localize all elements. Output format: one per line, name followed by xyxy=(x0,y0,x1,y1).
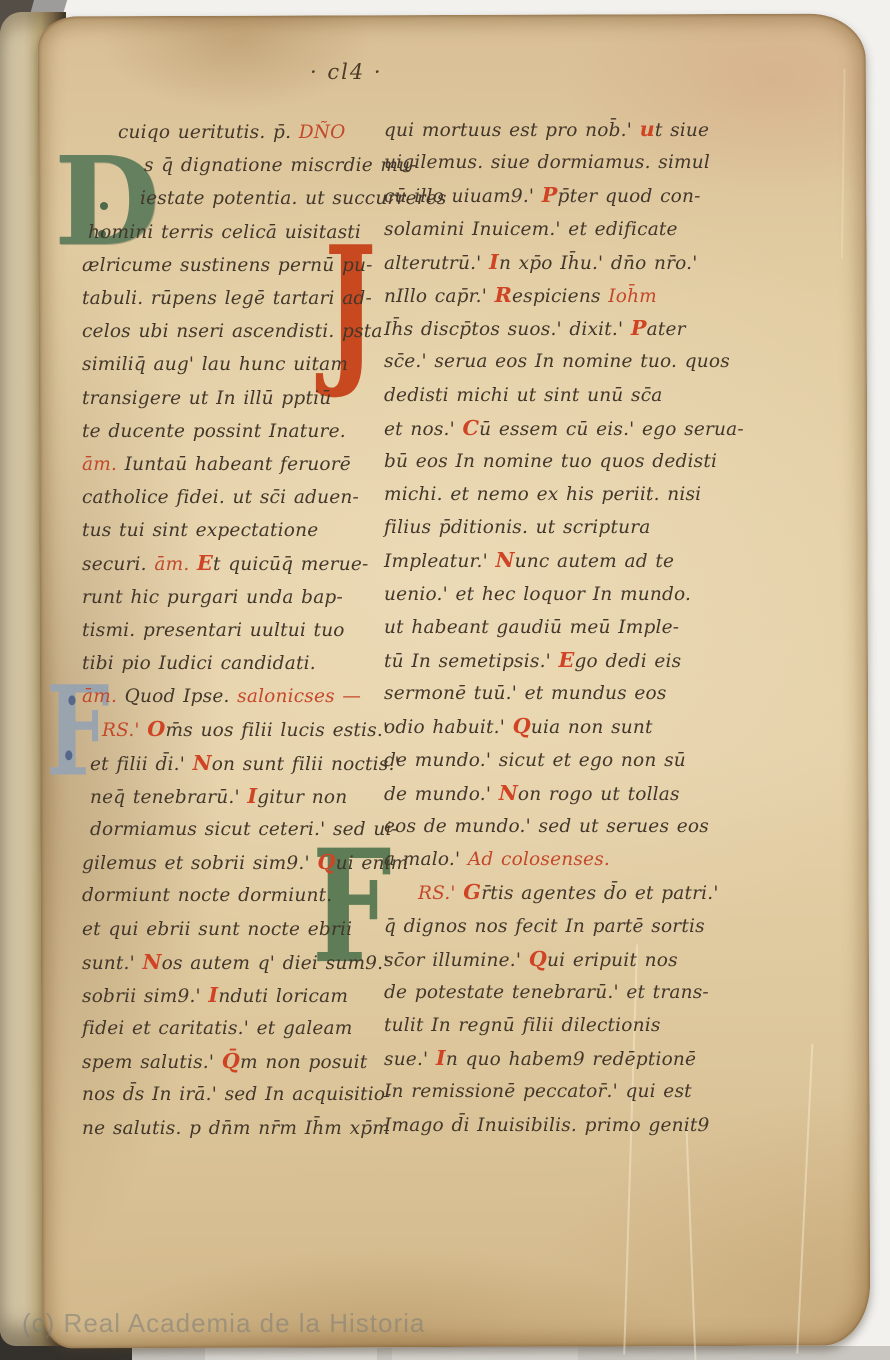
red-initial: P xyxy=(631,316,647,340)
red-initial: N xyxy=(143,950,162,974)
ink-text: eos de mundo.' sed ut serues eos xyxy=(384,816,709,837)
ink-text: tū In semetipsis.' xyxy=(384,651,559,672)
ink-text: In remissionē peccator̄.' qui est xyxy=(384,1081,692,1102)
ink-text: transigere ut In illū pptiū xyxy=(82,388,331,409)
rubric-text: ām. xyxy=(82,686,125,707)
ink-text: uenio.' et hec loquor In mundo. xyxy=(384,584,691,605)
ink-text: de potestate tenebrarū.' et trans- xyxy=(384,982,709,1003)
scanner-bed-mark xyxy=(392,1348,578,1360)
manuscript-line: solamini Inuicem.' et edificate xyxy=(384,213,720,246)
manuscript-line: RS.' Gr̄tis agentes d̄o et patri.' xyxy=(384,876,720,909)
red-initial: R xyxy=(495,283,512,307)
manuscript-line: dormiamus sicut ceteri.' sed ui- xyxy=(82,813,378,846)
scanned-manuscript-photo: { "photo": { "watermark": "(c) Real Acad… xyxy=(0,0,890,1360)
red-initial: P xyxy=(542,183,558,207)
red-initial: Q xyxy=(529,947,547,971)
ink-text: et qui ebrii sunt nocte ebrii xyxy=(82,919,352,940)
ink-text: neq̄ tenebrarū.' xyxy=(90,787,247,808)
ink-text: sc̄or illumine.' xyxy=(384,950,529,971)
manuscript-line: ut habeant gaudiū meū Imple- xyxy=(384,611,720,644)
ink-text: n xp̄o Ih̄u.' dn̄o nr̄o.' xyxy=(499,253,698,274)
ink-text: t quicūq̄ merue- xyxy=(213,554,368,575)
rubric-text: RS.' xyxy=(102,720,147,741)
ink-text: michi. et nemo ex his periit. nisi xyxy=(384,484,701,505)
manuscript-line: filius p̄ditionis. ut scriptura xyxy=(384,511,720,544)
ink-text: Quod Ipse. xyxy=(125,686,238,707)
manuscript-line: nIllo cap̄r.' Respiciens Ioh̄m xyxy=(384,279,720,312)
manuscript-line: te ducente possint Inature. xyxy=(82,415,378,448)
manuscript-line: cū illo uiuam9.' Pp̄ter quod con- xyxy=(384,179,720,212)
ink-text: go dedi eis xyxy=(575,651,682,672)
ink-text: t siue xyxy=(655,120,709,141)
manuscript-line: qui mortuus est pro nob̄.' ut siue xyxy=(384,113,720,146)
manuscript-line: tus tui sint expectatione xyxy=(82,514,378,547)
manuscript-line: ām. Quod Ipse. salonicses — xyxy=(82,680,378,713)
ink-text: tabuli. rūpens legē tartari ad- xyxy=(82,288,372,309)
manuscript-line: tū In semetipsis.' Ego dedi eis xyxy=(384,644,720,677)
ink-text: on sunt filii noctis.' xyxy=(212,754,400,775)
ink-text: fidei et caritatis.' et galeam xyxy=(82,1018,353,1039)
red-initial: N xyxy=(496,548,515,572)
manuscript-line: a malo.' Ad colosenses. xyxy=(384,843,720,876)
manuscript-line: spem salutis.' Q̄m non posuit xyxy=(82,1045,378,1078)
ink-text: p̄ter quod con- xyxy=(558,186,701,207)
ink-text: sobrii sim9.' xyxy=(82,986,208,1007)
red-initial: E xyxy=(559,648,575,672)
ink-text: ælricume sustinens pernū pu- xyxy=(82,255,373,276)
manuscript-line: ne salutis. p dn̄m nr̄m Ih̄m xp̄m xyxy=(82,1112,378,1145)
red-initial: G xyxy=(463,880,481,904)
manuscript-line: runt hic purgari unda bap- xyxy=(82,581,378,614)
manuscript-line: q̄ dignos nos fecit In partē sortis xyxy=(384,910,720,943)
ink-text: m̄s uos filii lucis estis.' xyxy=(166,720,389,741)
ink-text: dedisti michi ut sint unū sc̄a xyxy=(384,385,663,406)
manuscript-line: ælricume sustinens pernū pu- xyxy=(82,249,378,282)
manuscript-line: catholice fidei. ut sc̄i aduen- xyxy=(82,481,378,514)
ink-text: nduti loricam xyxy=(218,986,348,1007)
manuscript-line: de potestate tenebrarū.' et trans- xyxy=(384,976,720,1009)
manuscript-line: tulit In regnū filii dilectionis xyxy=(384,1009,720,1042)
manuscript-line: dormiunt nocte dormiunt. xyxy=(82,879,378,912)
ink-text: ui eripuit nos xyxy=(547,950,678,971)
red-initial: I xyxy=(489,250,499,274)
ink-text: on rogo ut tollas xyxy=(518,784,680,805)
red-initial: I xyxy=(247,784,257,808)
ink-text: r̄tis agentes d̄o et patri.' xyxy=(481,883,718,904)
manuscript-line: iestate potentia. ut succurreres xyxy=(82,182,378,215)
ink-text: tismi. presentari uultui tuo xyxy=(82,620,345,641)
ink-text: solamini Inuicem.' et edificate xyxy=(384,219,678,240)
ink-text: odio habuit.' xyxy=(384,717,513,738)
manuscript-line: homini terris celicā uisitasti xyxy=(82,216,378,249)
ink-text: os autem q' diei sum9.' xyxy=(162,953,389,974)
red-initial: Q xyxy=(513,714,531,738)
ink-text: a malo.' xyxy=(384,849,468,870)
red-initial: C xyxy=(462,416,479,440)
ink-text: alterutrū.' xyxy=(384,253,489,274)
manuscript-line: uigilemus. siue dormiamus. simul xyxy=(384,146,720,179)
red-initial: I xyxy=(436,1046,446,1070)
manuscript-line: sunt.' Nos autem q' diei sum9.' xyxy=(82,946,378,979)
manuscript-line: neq̄ tenebrarū.' Igitur non xyxy=(82,780,378,813)
manuscript-line: In remissionē peccator̄.' qui est xyxy=(384,1075,720,1108)
manuscript-line: gilemus et sobrii sim9.' Qui enim xyxy=(82,846,378,879)
ink-text: te ducente possint Inature. xyxy=(82,421,346,442)
ink-text: uia non sunt xyxy=(531,717,653,738)
ink-text: ut habeant gaudiū meū Imple- xyxy=(384,617,679,638)
manuscript-line: sermonē tuū.' et mundus eos xyxy=(384,677,720,710)
rubric-text: Ioh̄m xyxy=(608,286,657,307)
manuscript-line: tabuli. rūpens legē tartari ad- xyxy=(82,282,378,315)
ink-text: tibi pio Iudici candidati. xyxy=(82,653,316,674)
text-column-left: cuiqo ueritutis. p̄. DÑOs q̄ dignatione … xyxy=(82,116,378,1145)
ink-text: ū essem cū eis.' ego serua- xyxy=(479,419,744,440)
ink-text: de mundo.' xyxy=(384,784,499,805)
manuscript-line: bū eos In nomine tuo quos dedisti xyxy=(384,445,720,478)
rubric-text: salonicses — xyxy=(237,686,361,707)
manuscript-line: RS.' Om̄s uos filii lucis estis.' xyxy=(82,713,378,746)
rubric-text: ām. xyxy=(154,554,197,575)
manuscript-line: tibi pio Iudici candidati. xyxy=(82,647,378,680)
manuscript-line: celos ubi nseri ascendisti. psta xyxy=(82,315,378,348)
manuscript-line: alterutrū.' In xp̄o Ih̄u.' dn̄o nr̄o.' xyxy=(384,246,720,279)
ink-text: nos d̄s In irā.' sed In acquisitio- xyxy=(82,1084,392,1105)
folio-number: · cl4 · xyxy=(310,60,383,84)
red-initial: N xyxy=(193,751,212,775)
ink-text: cū illo uiuam9.' xyxy=(384,186,542,207)
ink-text: filius p̄ditionis. ut scriptura xyxy=(384,517,650,538)
manuscript-line: odio habuit.' Quia non sunt xyxy=(384,710,720,743)
ink-text: de mundo.' sicut et ego non sū xyxy=(384,750,686,771)
manuscript-line: similiq̄ aug' lau hunc uitam xyxy=(82,348,378,381)
manuscript-line: de mundo.' sicut et ego non sū xyxy=(384,744,720,777)
manuscript-line: nos d̄s In irā.' sed In acquisitio- xyxy=(82,1078,378,1111)
rubric-text: RS.' xyxy=(418,883,463,904)
ink-text: uigilemus. siue dormiamus. simul xyxy=(384,152,710,173)
watermark: (c) Real Academia de la Historia xyxy=(22,1308,425,1339)
manuscript-line: s q̄ dignatione miscrdie mu- xyxy=(82,149,378,182)
manuscript-line: dedisti michi ut sint unū sc̄a xyxy=(384,379,720,412)
ink-text: spem salutis.' xyxy=(82,1052,222,1073)
ink-text: ne salutis. p dn̄m nr̄m Ih̄m xp̄m xyxy=(82,1118,390,1139)
ink-text: tulit In regnū filii dilectionis xyxy=(384,1015,661,1036)
manuscript-line: Ih̄s discp̄tos suos.' dixit.' Pater xyxy=(384,312,720,345)
ink-text: et filii d̄i.' xyxy=(90,754,193,775)
manuscript-line: cuiqo ueritutis. p̄. DÑO xyxy=(82,116,378,149)
manuscript-line: sobrii sim9.' Induti loricam xyxy=(82,979,378,1012)
ink-text: dormiamus sicut ceteri.' sed ui- xyxy=(90,819,398,840)
ink-text: et nos.' xyxy=(384,419,462,440)
ink-text: securi. xyxy=(82,554,154,575)
ink-text: Imago d̄i Inuisibilis. primo genit9 xyxy=(384,1115,709,1136)
ink-text: catholice fidei. ut sc̄i aduen- xyxy=(82,487,359,508)
ink-text: sunt.' xyxy=(82,953,143,974)
ink-text: m non posuit xyxy=(240,1052,367,1073)
text-column-right: qui mortuus est pro nob̄.' ut siueuigile… xyxy=(384,113,720,1142)
ink-text: Impleatur.' xyxy=(384,551,496,572)
manuscript-line: uenio.' et hec loquor In mundo. xyxy=(384,578,720,611)
rubric-text: ām. xyxy=(82,454,125,475)
manuscript-line: michi. et nemo ex his periit. nisi xyxy=(384,478,720,511)
ink-text: homini terris celicā uisitasti xyxy=(88,222,361,243)
red-initial: N xyxy=(499,781,518,805)
ink-text: q̄ dignos nos fecit In partē sortis xyxy=(384,916,705,937)
ink-text: sc̄e.' serua eos In nomine tuo. quos xyxy=(384,351,730,372)
manuscript-line: et filii d̄i.' Non sunt filii noctis.' xyxy=(82,747,378,780)
ink-text: qui mortuus est pro nob̄.' xyxy=(384,120,640,141)
ink-text: Iuntaū habeant feruorē xyxy=(125,454,351,475)
ink-text: sermonē tuū.' et mundus eos xyxy=(384,683,667,704)
ink-text: gitur non xyxy=(257,787,347,808)
ink-text: n quo habem9 redēptionē xyxy=(446,1049,696,1070)
manuscript-line: eos de mundo.' sed ut serues eos xyxy=(384,810,720,843)
parchment-crease xyxy=(685,1124,696,1360)
ink-text: celos ubi nseri ascendisti. psta xyxy=(82,321,383,342)
ink-text: runt hic purgari unda bap- xyxy=(82,587,343,608)
manuscript-line: sc̄or illumine.' Qui eripuit nos xyxy=(384,943,720,976)
red-initial: Q xyxy=(317,850,335,874)
scanner-bed-mark xyxy=(205,1348,377,1360)
initial-decoration-dot xyxy=(65,750,72,760)
ink-text: espiciens xyxy=(512,286,608,307)
red-initial: u xyxy=(640,117,655,141)
ink-text: ater xyxy=(647,319,686,340)
parchment-crease xyxy=(796,1044,813,1354)
ink-text: unc autem ad te xyxy=(515,551,674,572)
manuscript-line: sue.' In quo habem9 redēptionē xyxy=(384,1042,720,1075)
rubric-text: DÑO xyxy=(299,122,346,143)
manuscript-line: securi. ām. Et quicūq̄ merue- xyxy=(82,547,378,580)
manuscript-line: fidei et caritatis.' et galeam xyxy=(82,1012,378,1045)
ink-text: nIllo cap̄r.' xyxy=(384,286,495,307)
ink-text: tus tui sint expectatione xyxy=(82,520,318,541)
red-initial: Q̄ xyxy=(222,1049,240,1073)
manuscript-line: sc̄e.' serua eos In nomine tuo. quos xyxy=(384,345,720,378)
ink-text: dormiunt nocte dormiunt. xyxy=(82,885,332,906)
manuscript-line: de mundo.' Non rogo ut tollas xyxy=(384,777,720,810)
red-initial: E xyxy=(197,551,213,575)
red-initial: O xyxy=(147,717,165,741)
manuscript-line: transigere ut In illū pptiū xyxy=(82,382,378,415)
ink-text: cuiqo ueritutis. p̄. xyxy=(118,122,299,143)
red-initial: I xyxy=(208,983,218,1007)
ink-text: Ih̄s discp̄tos suos.' dixit.' xyxy=(384,319,631,340)
parchment-crease xyxy=(841,69,846,259)
manuscript-line: et nos.' Cū essem cū eis.' ego serua- xyxy=(384,412,720,445)
manuscript-line: et qui ebrii sunt nocte ebrii xyxy=(82,913,378,946)
initial-decoration-dot xyxy=(68,695,75,705)
manuscript-line: ām. Iuntaū habeant feruorē xyxy=(82,448,378,481)
ink-text: similiq̄ aug' lau hunc uitam xyxy=(82,354,348,375)
ink-text: sue.' xyxy=(384,1049,436,1070)
manuscript-line: Impleatur.' Nunc autem ad te xyxy=(384,544,720,577)
ink-text: bū eos In nomine tuo quos dedisti xyxy=(384,451,717,472)
rubric-text: Ad colosenses. xyxy=(468,849,610,870)
manuscript-line: Imago d̄i Inuisibilis. primo genit9 xyxy=(384,1109,720,1142)
ink-text: s q̄ dignatione miscrdie mu- xyxy=(144,155,417,176)
manuscript-line: tismi. presentari uultui tuo xyxy=(82,614,378,647)
ink-text: gilemus et sobrii sim9.' xyxy=(82,853,317,874)
